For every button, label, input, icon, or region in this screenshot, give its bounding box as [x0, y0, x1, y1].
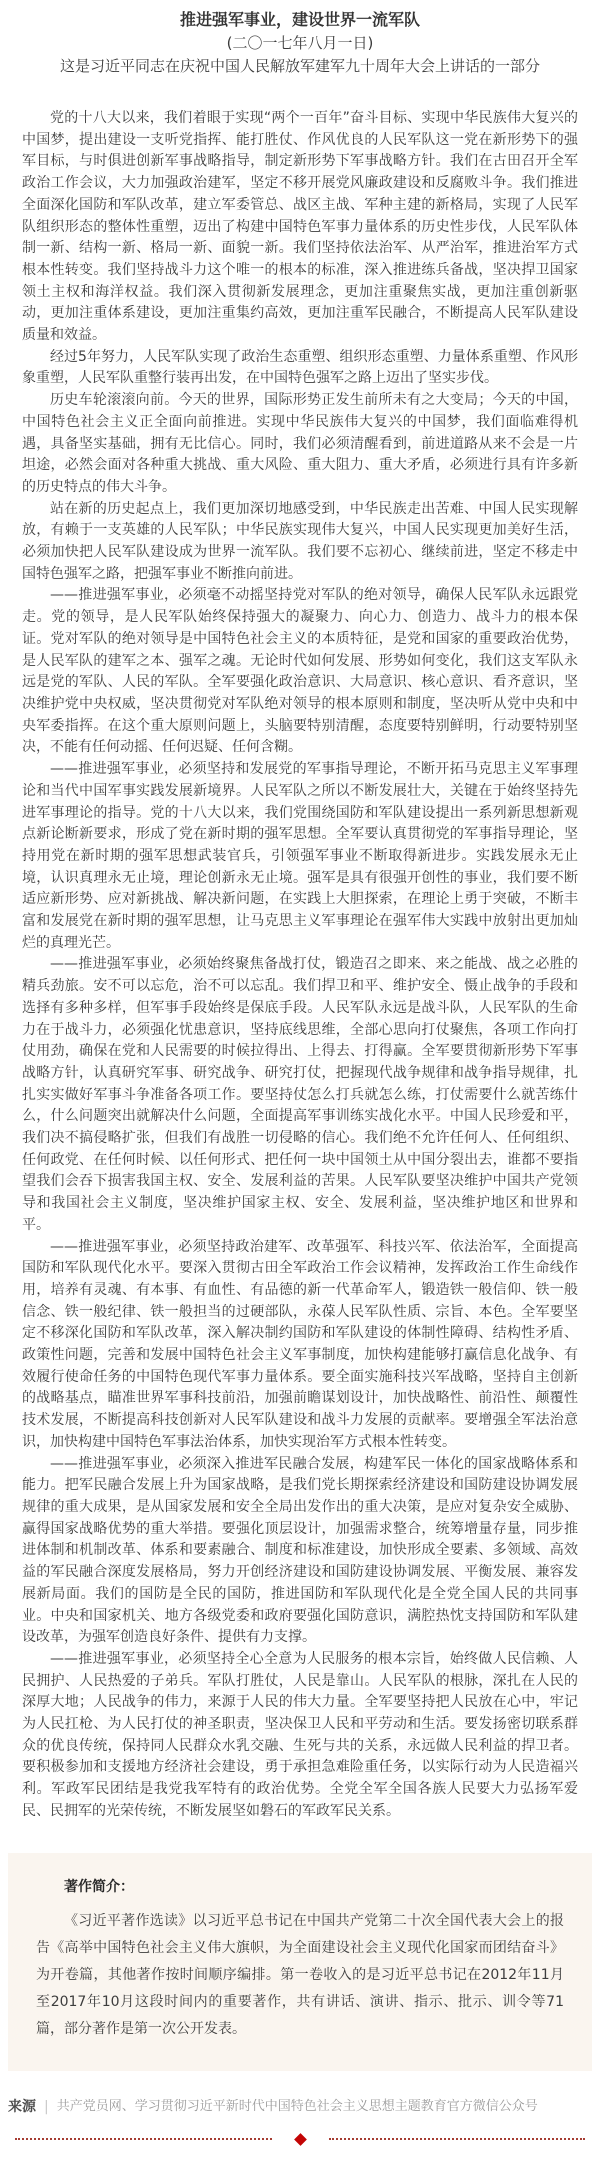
article-body: 党的十八大以来，我们着眼于实现“两个一百年”奋斗目标、实现中华民族伟大复兴的中国…	[0, 78, 600, 1823]
book-intro-box: 著作简介： 《习近平著作选读》以习近平总书记在中国共产党第二十次全国代表大会上的…	[8, 1853, 592, 2071]
body-paragraph: 经过5年努力，人民军队实现了政治生态重塑、组织形态重塑、力量体系重塑、作风形象重…	[22, 347, 578, 390]
article-header: 推进强军事业，建设世界一流军队 (二〇一七年八月一日) 这是习近平同志在庆祝中国…	[0, 0, 600, 78]
source-text: 共产党员网、学习贯彻习近平新时代中国特色社会主义思想主题教育官方微信公众号	[57, 2097, 538, 2117]
body-paragraph: ——推进强军事业，必须始终聚焦备战打仗，锻造召之即来、来之能战、战之必胜的精兵劲…	[22, 954, 578, 1236]
source-row: 来源 | 共产党员网、学习贯彻习近平新时代中国特色社会主义思想主题教育官方微信公…	[8, 2097, 592, 2117]
page-title: 推进强军事业，建设世界一流军队	[0, 8, 600, 32]
source-label: 来源	[8, 2097, 36, 2117]
body-paragraph: 党的十八大以来，我们着眼于实现“两个一百年”奋斗目标、实现中华民族伟大复兴的中国…	[22, 108, 578, 347]
article-subtitle: 这是习近平同志在庆祝中国人民解放军建军九十周年大会上讲话的一部分	[0, 55, 600, 78]
diamond-icon	[294, 2133, 307, 2146]
body-paragraph: 站在新的历史起点上，我们更加深切地感受到，中华民族走出苦难、中国人民实现解放，有…	[22, 499, 578, 586]
body-paragraph: ——推进强军事业，必须坚持全心全意为人民服务的根本宗旨，始终做人民信赖、人民拥护…	[22, 1649, 578, 1823]
footer-divider	[15, 2135, 585, 2144]
dotted-line-left-icon	[15, 2138, 272, 2140]
body-paragraph: ——推进强军事业，必须毫不动摇坚持党对军队的绝对领导，确保人民军队永远跟党走。党…	[22, 585, 578, 759]
body-paragraph: 历史车轮滚滚向前。今天的世界，国际形势正发生前所未有之大变局；今天的中国，中国特…	[22, 390, 578, 499]
intro-paragraph: 《习近平著作选读》以习近平总书记在中国共产党第二十次全国代表大会上的报告《高举中…	[36, 1908, 564, 2043]
intro-heading: 著作简介：	[36, 1877, 564, 1898]
dotted-line-right-icon	[329, 2138, 586, 2140]
body-paragraph: ——推进强军事业，必须坚持和发展党的军事指导理论，不断开拓马克思主义军事理论和当…	[22, 759, 578, 954]
article-date: (二〇一七年八月一日)	[0, 32, 600, 55]
body-paragraph: ——推进强军事业，必须深入推进军民融合发展，构建军民一体化的国家战略体系和能力。…	[22, 1454, 578, 1649]
body-paragraph: ——推进强军事业，必须坚持政治建军、改革强军、科技兴军、依法治军，全面提高国防和…	[22, 1237, 578, 1454]
source-separator: |	[44, 2097, 49, 2117]
article-page: 推进强军事业，建设世界一流军队 (二〇一七年八月一日) 这是习近平同志在庆祝中国…	[0, 0, 600, 2164]
